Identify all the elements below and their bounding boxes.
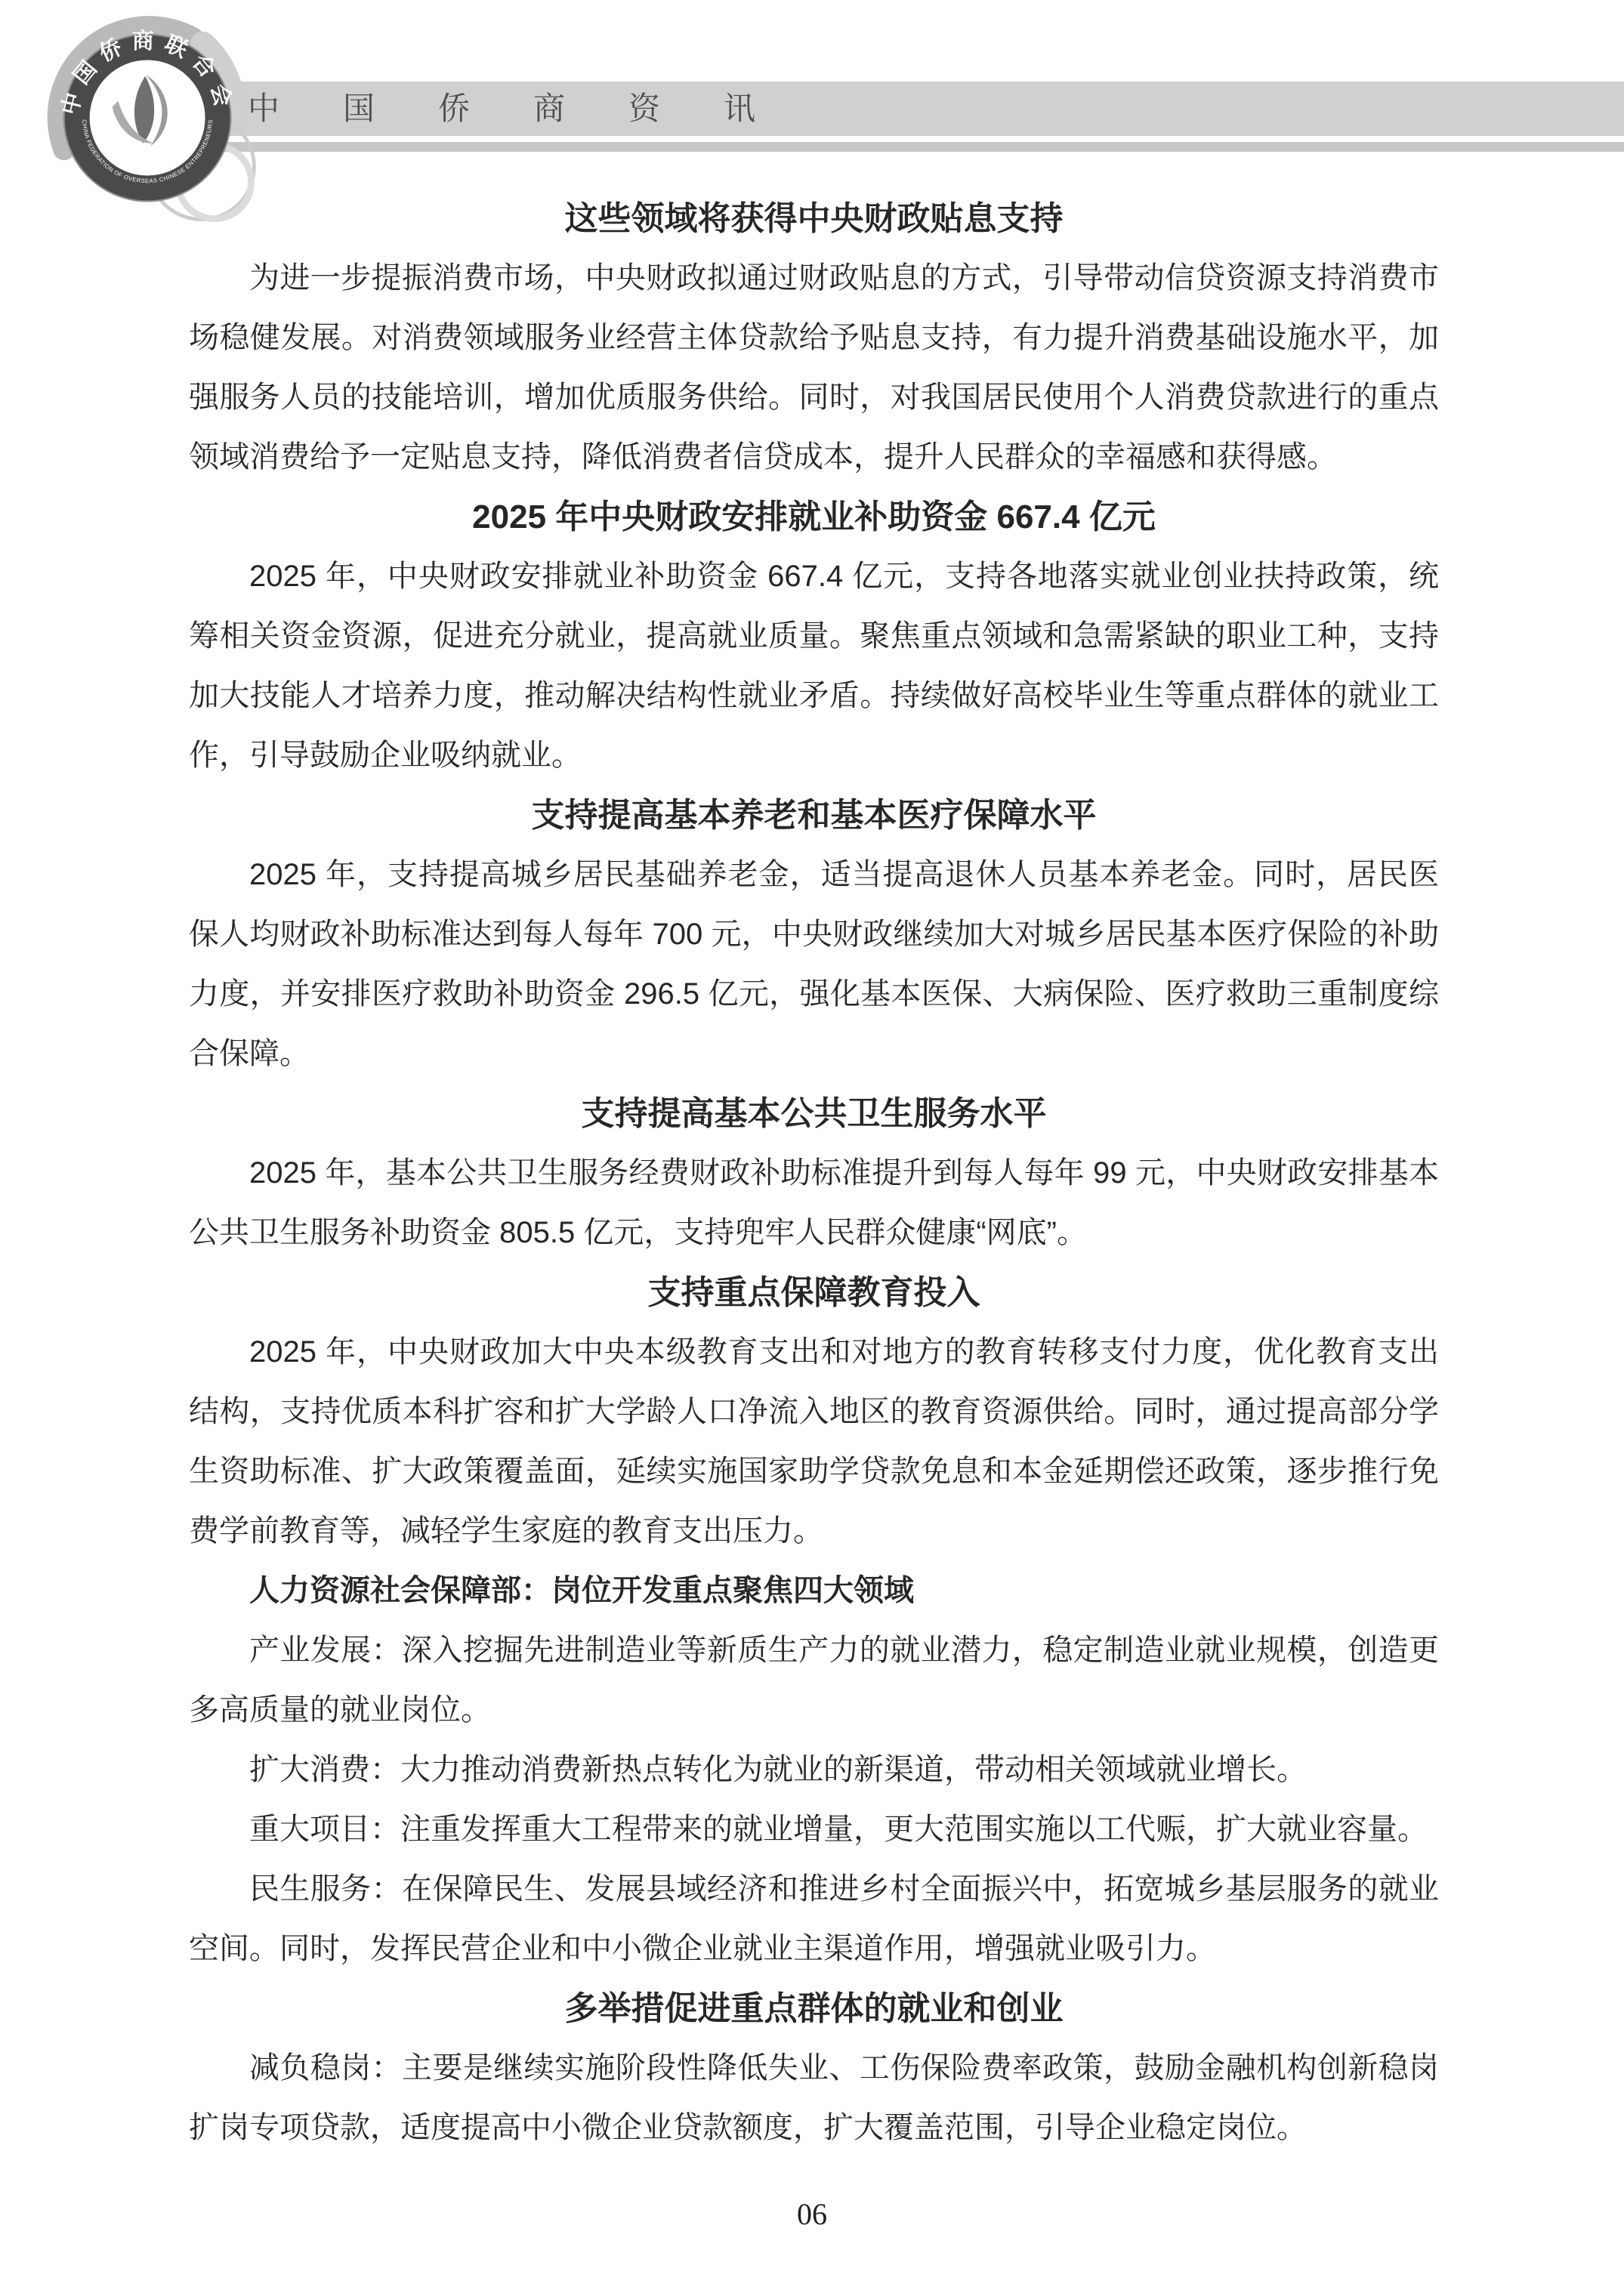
section-subheading: 人力资源社会保障部：岗位开发重点聚焦四大领域 [189,1561,1439,1621]
body-paragraph: 扩大消费：大力推动消费新热点转化为就业的新渠道，带动相关领域就业增长。 [189,1740,1439,1800]
banner-title: 中国侨商资讯 [218,82,1624,136]
page-number: 06 [797,2197,827,2231]
section-heading: 多举措促进重点群体的就业和创业 [189,1979,1439,2038]
body-paragraph: 减负稳岗：主要是继续实施阶段性降低失业、工伤保险费率政策，鼓励金融机构创新稳岗扩… [189,2038,1439,2158]
section-heading: 这些领域将获得中央财政贴息支持 [189,189,1439,248]
section-heading: 支持重点保障教育投入 [189,1263,1439,1322]
header-banner: 中国侨商资讯 [218,82,1624,136]
body-paragraph: 重大项目：注重发挥重大工程带来的就业增量，更大范围实施以工代赈，扩大就业容量。 [189,1800,1439,1859]
document-page: 中国侨商资讯 中国侨商联合会 [0,0,1624,2293]
body-paragraph: 产业发展：深入挖掘先进制造业等新质生产力的就业潜力，稳定制造业就业规模，创造更多… [189,1621,1439,1740]
document-body: 这些领域将获得中央财政贴息支持为进一步提振消费市场，中央财政拟通过财政贴息的方式… [189,189,1439,2158]
section-heading: 支持提高基本养老和基本医疗保障水平 [189,785,1439,845]
section-heading: 2025 年中央财政安排就业补助资金 667.4 亿元 [189,487,1439,547]
body-paragraph: 2025 年，中央财政加大中央本级教育支出和对地方的教育转移支付力度，优化教育支… [189,1322,1439,1561]
body-paragraph: 2025 年，基本公共卫生服务经费财政补助标准提升到每人每年 99 元，中央财政… [189,1143,1439,1263]
section-heading: 支持提高基本公共卫生服务水平 [189,1084,1439,1143]
body-paragraph: 2025 年，支持提高城乡居民基础养老金，适当提高退休人员基本养老金。同时，居民… [189,845,1439,1084]
header-banner-strip [202,142,1624,152]
body-paragraph: 2025 年，中央财政安排就业补助资金 667.4 亿元，支持各地落实就业创业扶… [189,547,1439,785]
body-paragraph: 民生服务：在保障民生、发展县域经济和推进乡村全面振兴中，拓宽城乡基层服务的就业空… [189,1859,1439,1979]
page-footer: 06 [0,2196,1624,2232]
body-paragraph: 为进一步提振消费市场，中央财政拟通过财政贴息的方式，引导带动信贷资源支持消费市场… [189,248,1439,487]
